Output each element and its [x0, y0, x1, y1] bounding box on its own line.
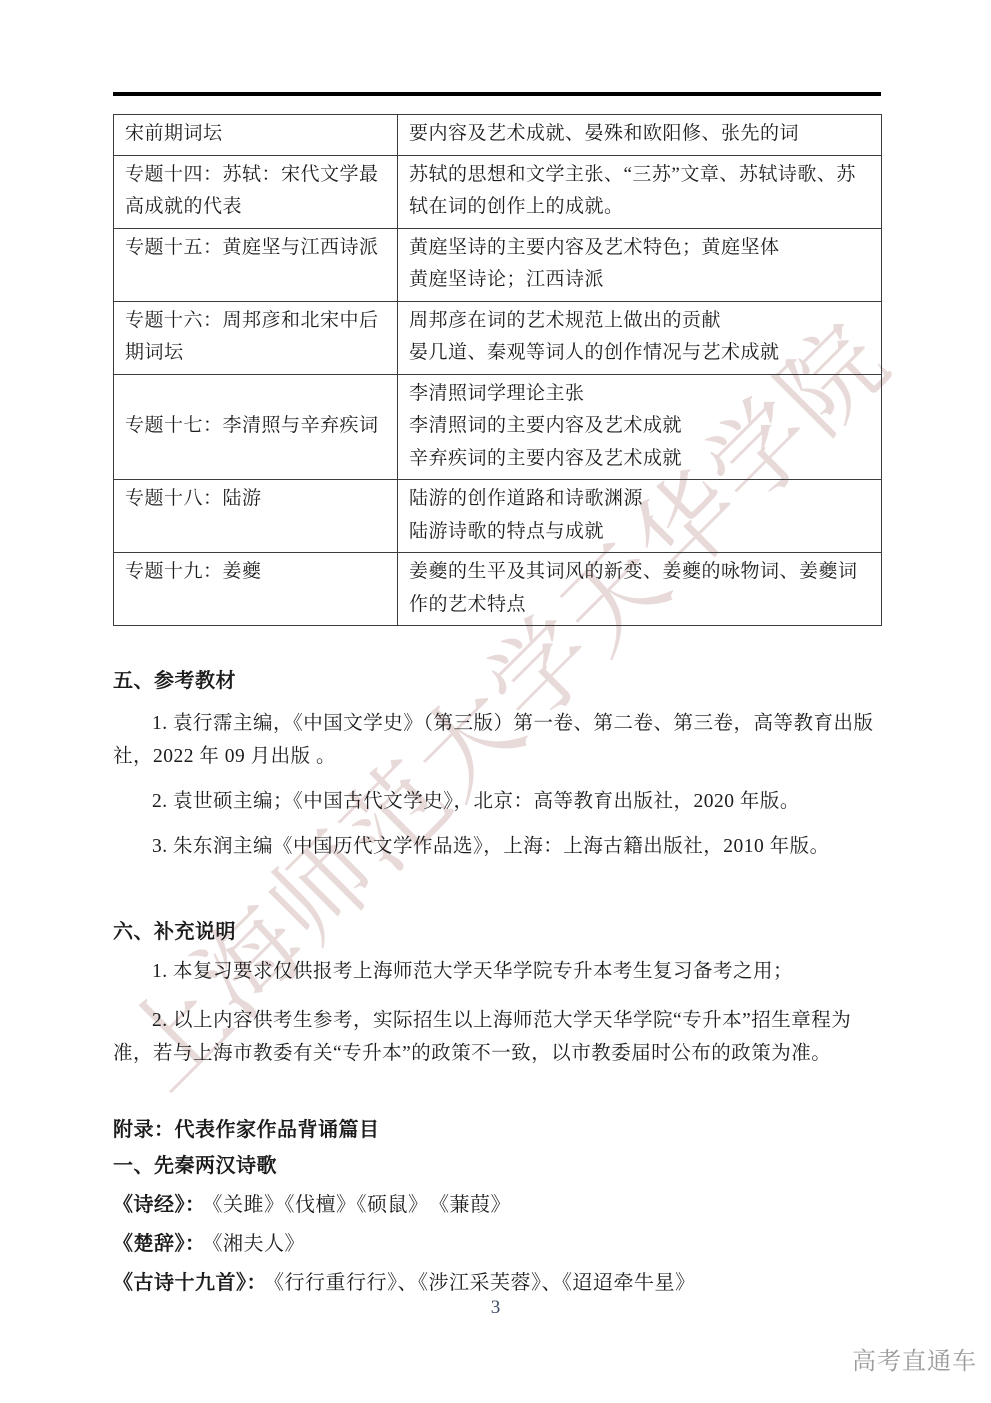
content-cell: 苏轼的思想和文学主张、“三苏”文章、苏轼诗歌、苏轼在词的创作上的成就。	[398, 155, 882, 228]
anthology-label: 《古诗十九首》：	[113, 1272, 267, 1294]
section6-heading: 六、补充说明	[113, 919, 881, 946]
table-row: 专题十四：苏轼：宋代文学最高成就的代表 苏轼的思想和文学主张、“三苏”文章、苏轼…	[114, 155, 882, 228]
page-content: 宋前期词坛 要内容及艺术成就、晏殊和欧阳修、张先的词 专题十四：苏轼：宋代文学最…	[113, 0, 881, 1300]
anthology-label: 《楚辞》：	[113, 1233, 206, 1255]
content-cell: 陆游的创作道路和诗歌渊源 陆游诗歌的特点与成就	[398, 480, 882, 553]
content-line: 陆游诗歌的特点与成就	[409, 516, 871, 549]
table-row: 专题十八：陆游 陆游的创作道路和诗歌渊源 陆游诗歌的特点与成就	[114, 480, 882, 553]
content-line: 辛弃疾词的主要内容及艺术成就	[409, 443, 871, 476]
content-cell: 黄庭坚诗的主要内容及艺术特色；黄庭坚体 黄庭坚诗论；江西诗派	[398, 228, 882, 301]
content-line: 姜夔的生平及其词风的新变、姜夔的咏物词、姜夔词作的艺术特点	[409, 556, 871, 621]
table-row: 专题十六：周邦彦和北宋中后期词坛 周邦彦在词的艺术规范上做出的贡献 晏几道、秦观…	[114, 301, 882, 374]
recitation-entry: 《古诗十九首》：《行行重行行》、《涉江采芙蓉》、《迢迢牵牛星》	[113, 1267, 881, 1300]
content-line: 周邦彦在词的艺术规范上做出的贡献	[409, 305, 871, 338]
content-cell: 姜夔的生平及其词风的新变、姜夔的咏物词、姜夔词作的艺术特点	[398, 553, 882, 626]
topic-cell: 专题十八：陆游	[114, 480, 398, 553]
content-line: 黄庭坚诗论；江西诗派	[409, 264, 871, 297]
works-list: 《湘夫人》	[213, 1233, 306, 1255]
anthology-label: 《诗经》：	[113, 1194, 206, 1216]
content-line: 李清照词的主要内容及艺术成就	[409, 410, 871, 443]
table-row: 宋前期词坛 要内容及艺术成就、晏殊和欧阳修、张先的词	[114, 115, 882, 156]
content-line: 要内容及艺术成就、晏殊和欧阳修、张先的词	[409, 118, 871, 151]
document-page: 上海师范大学天华学院 宋前期词坛 要内容及艺术成就、晏殊和欧阳修、张先的词 专题…	[0, 0, 991, 1403]
page-number: 3	[0, 1297, 991, 1319]
content-line: 黄庭坚诗的主要内容及艺术特色；黄庭坚体	[409, 232, 871, 265]
reference-item: 1. 袁行霈主编，《中国文学史》（第三版）第一卷、第二卷、第三卷，高等教育出版社…	[113, 707, 881, 773]
note-item: 2. 以上内容供考生参考，实际招生以上海师范大学天华学院“专升本”招生章程为准，…	[113, 1004, 881, 1070]
content-line: 晏几道、秦观等词人的创作情况与艺术成就	[409, 337, 871, 370]
reference-item: 3. 朱东润主编《中国历代文学作品选》，上海：上海古籍出版社，2010 年版。	[113, 830, 881, 863]
content-line: 李清照词学理论主张	[409, 378, 871, 411]
topic-cell: 专题十六：周邦彦和北宋中后期词坛	[114, 301, 398, 374]
recitation-entry: 《诗经》：《关雎》《伐檀》《硕鼠》 《蒹葭》	[113, 1189, 881, 1222]
content-cell: 李清照词学理论主张 李清照词的主要内容及艺术成就 辛弃疾词的主要内容及艺术成就	[398, 374, 882, 480]
content-line: 苏轼的思想和文学主张、“三苏”文章、苏轼诗歌、苏轼在词的创作上的成就。	[409, 159, 871, 224]
topic-cell: 专题十九：姜夔	[114, 553, 398, 626]
table-row: 专题十五：黄庭坚与江西诗派 黄庭坚诗的主要内容及艺术特色；黄庭坚体 黄庭坚诗论；…	[114, 228, 882, 301]
topic-cell: 宋前期词坛	[114, 115, 398, 156]
content-cell: 要内容及艺术成就、晏殊和欧阳修、张先的词	[398, 115, 882, 156]
appendix-heading: 附录：代表作家作品背诵篇目	[113, 1117, 881, 1144]
reference-item: 2. 袁世硕主编；《中国古代文学史》，北京：高等教育出版社，2020 年版。	[113, 785, 881, 818]
content-cell: 周邦彦在词的艺术规范上做出的贡献 晏几道、秦观等词人的创作情况与艺术成就	[398, 301, 882, 374]
syllabus-table: 宋前期词坛 要内容及艺术成就、晏殊和欧阳修、张先的词 专题十四：苏轼：宋代文学最…	[113, 114, 882, 626]
table-row: 专题十七：李清照与辛弃疾词 李清照词学理论主张 李清照词的主要内容及艺术成就 辛…	[114, 374, 882, 480]
recitation-entry: 《楚辞》：《湘夫人》	[113, 1228, 881, 1261]
table-row: 专题十九：姜夔 姜夔的生平及其词风的新变、姜夔的咏物词、姜夔词作的艺术特点	[114, 553, 882, 626]
brand-watermark: 高考直通车	[852, 1341, 977, 1376]
works-list: 《行行重行行》、《涉江采芙蓉》、《迢迢牵牛星》	[274, 1272, 696, 1294]
header-rule	[113, 92, 881, 96]
topic-cell: 专题十七：李清照与辛弃疾词	[114, 374, 398, 480]
topic-cell: 专题十五：黄庭坚与江西诗派	[114, 228, 398, 301]
note-item: 1. 本复习要求仅供报考上海师范大学天华学院专升本考生复习备考之用；	[113, 955, 881, 988]
appendix-subheading: 一、先秦两汉诗歌	[113, 1153, 881, 1180]
topic-cell: 专题十四：苏轼：宋代文学最高成就的代表	[114, 155, 398, 228]
section5-heading: 五、参考教材	[113, 668, 881, 695]
content-line: 陆游的创作道路和诗歌渊源	[409, 483, 871, 516]
works-list: 《关雎》《伐檀》《硕鼠》 《蒹葭》	[213, 1194, 512, 1216]
